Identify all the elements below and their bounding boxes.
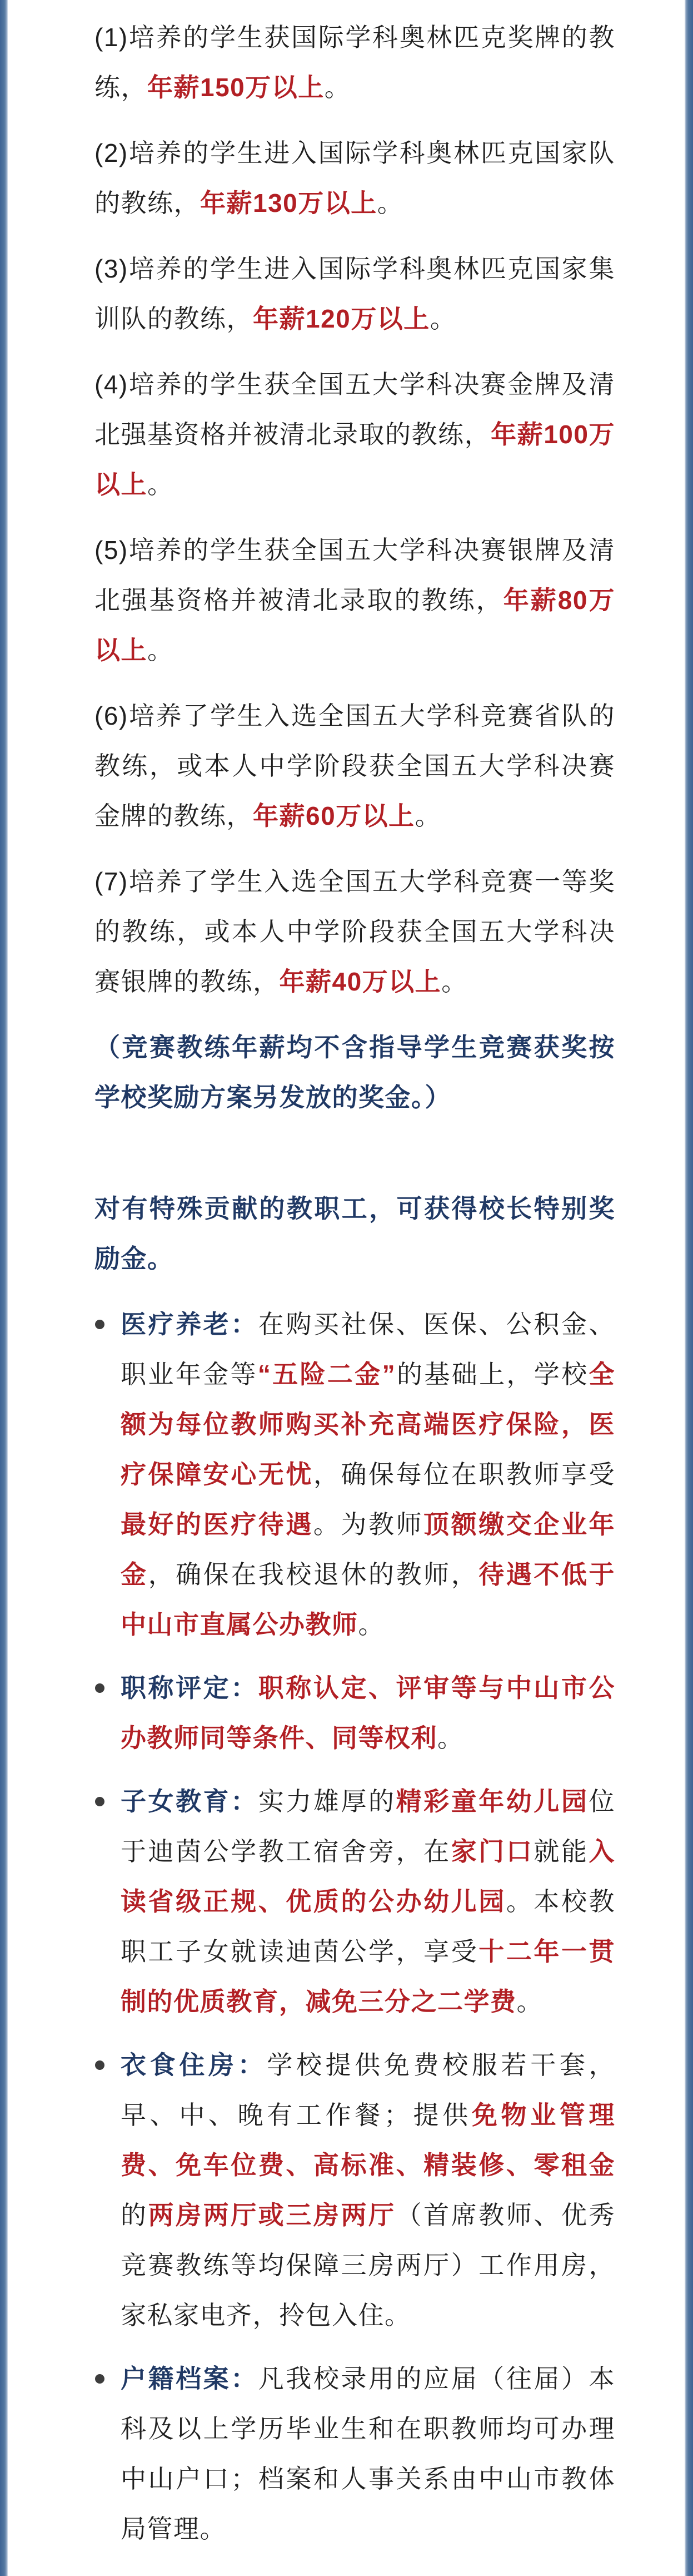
numbered-paragraph: (4)培养的学生获全国五大学科决赛金牌及清北强基资格并被清北录取的教练，年薪10…	[94, 359, 615, 509]
text-run: ，确保每位在职教师享受	[313, 1460, 615, 1489]
numbered-paragraph: (3)培养的学生进入国际学科奥林匹克国家集训队的教练，年薪120万以上。	[94, 244, 615, 344]
text-run: 年薪40万以上	[280, 967, 442, 996]
text-run: 对有特殊贡献的教职工，可获得校长特别奖励金。	[94, 1194, 615, 1273]
bullet-icon	[95, 2374, 104, 2384]
text-run: 精彩童年幼儿园	[396, 1787, 589, 1816]
note-paragraph: （竞赛教练年薪均不含指导学生竞赛获奖按学校奖励方案另发放的奖金。）	[94, 1022, 615, 1122]
bullet-icon	[95, 1320, 104, 1329]
text-run: 。	[441, 967, 468, 996]
text-run: 。	[430, 304, 457, 333]
text-run: 就能	[534, 1837, 589, 1866]
text-run: 年薪150万以上	[147, 73, 325, 102]
numbered-paragraph: (1)培养的学生获国际学科奥林匹克奖牌的教练，年薪150万以上。	[94, 12, 615, 112]
bullet-label: 医疗养老：	[121, 1310, 258, 1339]
bullet-label: 户籍档案：	[121, 2364, 258, 2393]
bullet-item: 职称评定：职称认定、评审等与中山市公办教师同等条件、同等权利。	[94, 1663, 615, 1763]
text-run: 的	[121, 2201, 148, 2230]
text-run: 。	[437, 1723, 464, 1752]
text-run: 。	[147, 470, 174, 499]
left-border-strip	[0, 0, 8, 2576]
heading-paragraph: 对有特殊贡献的教职工，可获得校长特别奖励金。	[94, 1183, 615, 1284]
text-run: 。	[147, 636, 174, 665]
text-run: 年薪60万以上	[253, 801, 415, 830]
text-run: 。为教师	[313, 1510, 423, 1539]
bullet-icon	[95, 1683, 104, 1693]
text-run: 年薪120万以上	[253, 304, 430, 333]
text-run: 最好的医疗待遇	[121, 1510, 313, 1539]
bullet-item: 医疗养老：在购买社保、医保、公积金、职业年金等“五险二金”的基础上，学校全额为每…	[94, 1299, 615, 1649]
text-run: 。	[358, 1610, 385, 1639]
bullet-label: 职称评定：	[121, 1673, 258, 1702]
document-page: (1)培养的学生获国际学科奥林匹克奖牌的教练，年薪150万以上。(2)培养的学生…	[0, 0, 693, 2576]
numbered-paragraph: (5)培养的学生获全国五大学科决赛银牌及清北强基资格并被清北录取的教练，年薪80…	[94, 525, 615, 675]
numbered-paragraph: (2)培养的学生进入国际学科奥林匹克国家队的教练，年薪130万以上。	[94, 128, 615, 228]
text-run: （竞赛教练年薪均不含指导学生竞赛获奖按学校奖励方案另发放的奖金。）	[94, 1033, 615, 1112]
text-run: “五险二金”	[258, 1360, 396, 1389]
bullet-item: 子女教育：实力雄厚的精彩童年幼儿园位于迪茵公学教工宿舍旁，在家门口就能入读省级正…	[94, 1776, 615, 2027]
text-run: 。	[517, 1987, 544, 2016]
text-run: 。	[377, 189, 404, 217]
document-body: (1)培养的学生获国际学科奥林匹克奖牌的教练，年薪150万以上。(2)培养的学生…	[94, 12, 615, 2554]
text-run: 两房两厅或三房两厅	[148, 2201, 396, 2230]
text-run: 的基础上，学校	[396, 1360, 589, 1389]
text-run: ，确保在我校退休的教师，	[148, 1560, 479, 1589]
bullet-label: 衣食住房：	[121, 2050, 267, 2079]
bullet-icon	[95, 1797, 104, 1806]
right-border-strip	[685, 0, 693, 2576]
bullet-item: 户籍档案：凡我校录用的应届（往届）本科及以上学历毕业生和在职教师均可办理中山户口…	[94, 2354, 615, 2554]
text-run: 实力雄厚的	[258, 1787, 396, 1816]
numbered-paragraph: (7)培养了学生入选全国五大学科竞赛一等奖的教练，或本人中学阶段获全国五大学科决…	[94, 856, 615, 1007]
text-run: 。	[325, 73, 351, 102]
text-run: 年薪130万以上	[200, 189, 377, 217]
text-run: 家门口	[451, 1837, 534, 1866]
numbered-paragraph: (6)培养了学生入选全国五大学科竞赛省队的教练，或本人中学阶段获全国五大学科决赛…	[94, 691, 615, 841]
bullet-item: 衣食住房：学校提供免费校服若干套，早、中、晚有工作餐；提供免物业管理费、免车位费…	[94, 2040, 615, 2340]
text-run: 。	[415, 801, 442, 830]
bullet-label: 子女教育：	[121, 1787, 258, 1816]
bullet-icon	[95, 2060, 104, 2070]
